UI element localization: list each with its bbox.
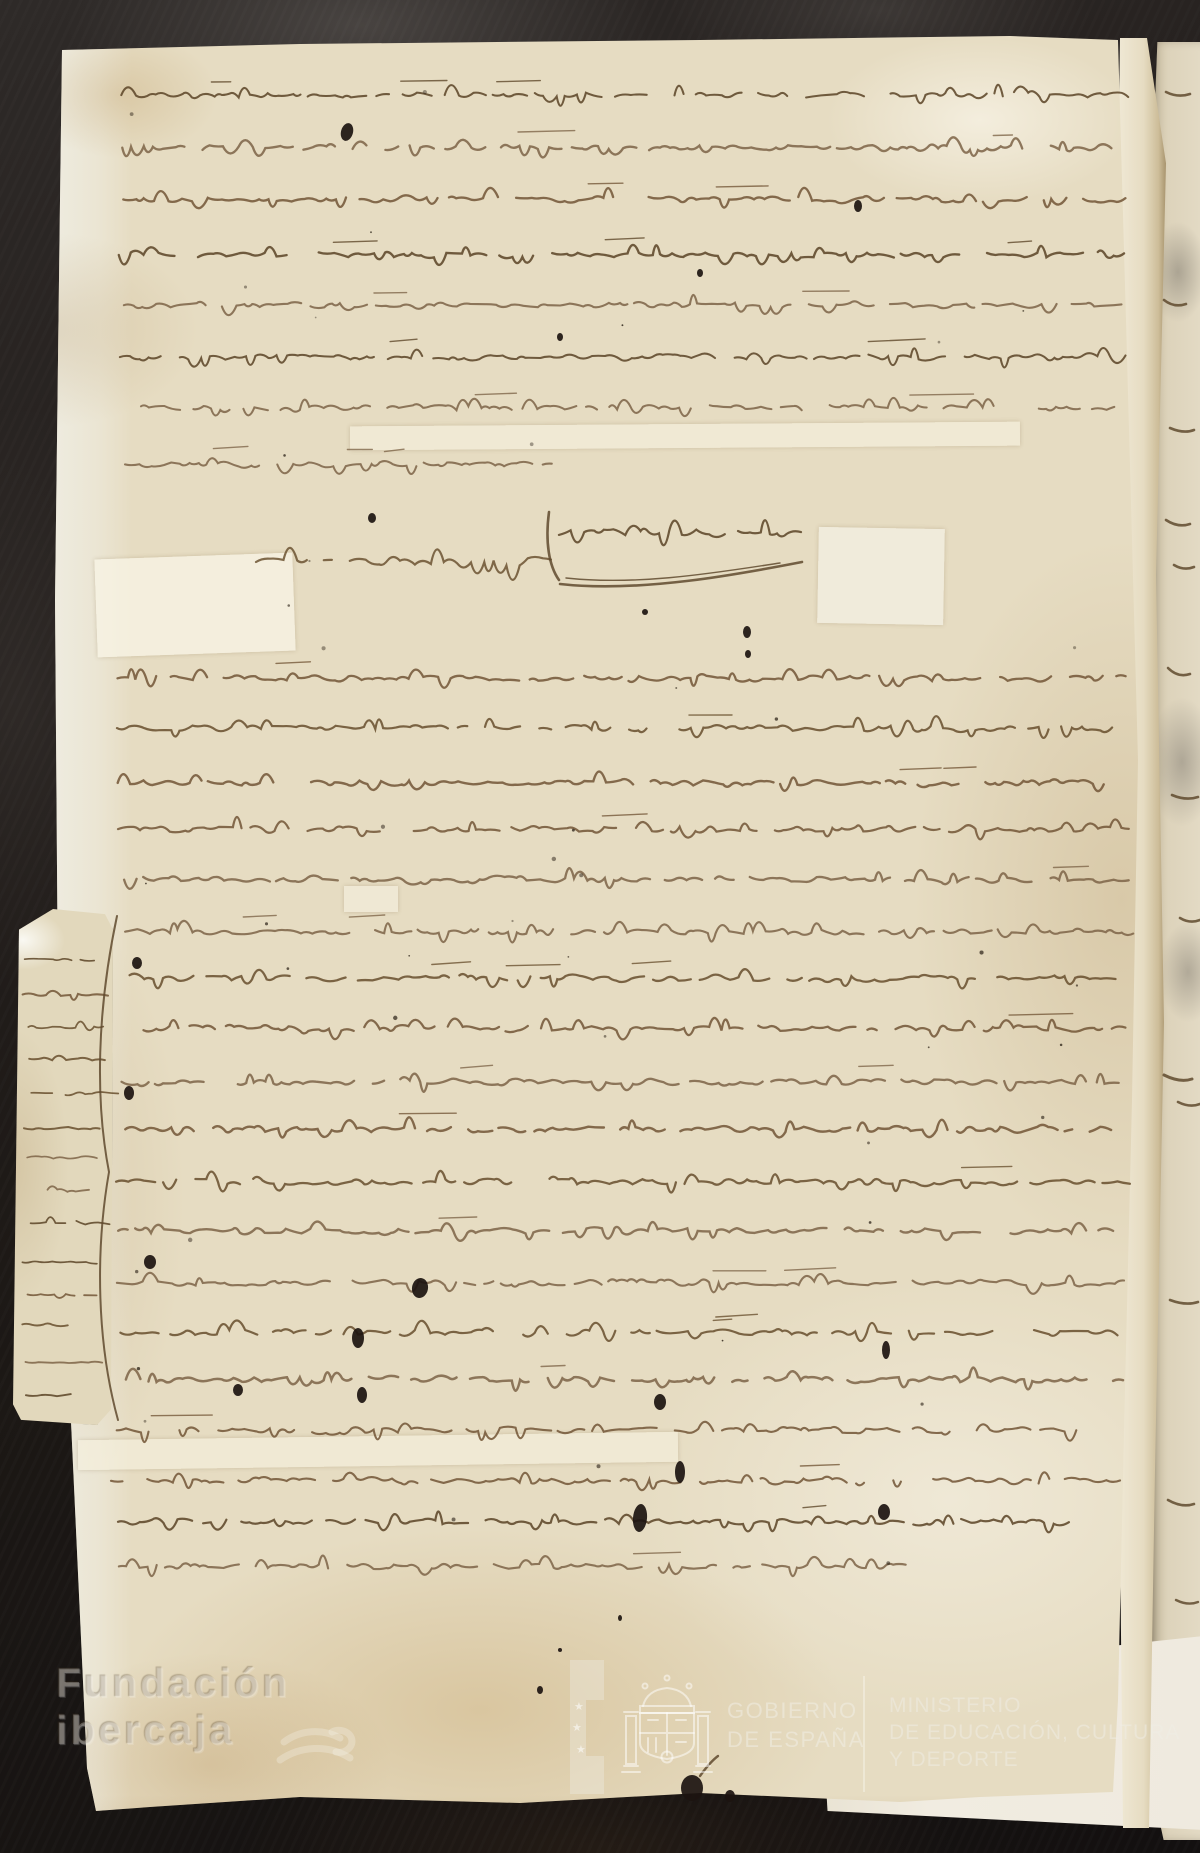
repair-tape [94, 553, 295, 658]
manuscript-photo: Fundación ibercaja ★ ★ ★ GOBIERNO DE ESP… [0, 0, 1200, 1853]
repair-tape [344, 886, 398, 912]
ministerio-line3: Y DEPORTE [889, 1746, 1180, 1773]
ministerio-line1: MINISTERIO [889, 1692, 1180, 1719]
manuscript-page [0, 0, 1200, 1853]
repair-tape [78, 1432, 678, 1470]
gobierno-line2: DE ESPAÑA [727, 1725, 865, 1754]
repair-tape [350, 422, 1020, 451]
watermark-ibercaja: Fundación ibercaja [56, 1660, 290, 1754]
gobierno-line1: GOBIERNO [727, 1696, 865, 1725]
ibercaja-line2: ibercaja [56, 1707, 290, 1754]
watermark-ministerio: MINISTERIO DE EDUCACIÓN, CULTURA Y DEPOR… [889, 1692, 1180, 1773]
ibercaja-line1: Fundación [56, 1660, 290, 1707]
watermark-gobierno: GOBIERNO DE ESPAÑA [727, 1696, 865, 1754]
margin-note-slip [13, 909, 113, 1425]
repair-tape [817, 527, 945, 625]
watermark-separator [863, 1676, 865, 1792]
ministerio-line2: DE EDUCACIÓN, CULTURA [889, 1719, 1180, 1746]
eu-flag-icon: ★ ★ ★ [568, 1660, 608, 1794]
